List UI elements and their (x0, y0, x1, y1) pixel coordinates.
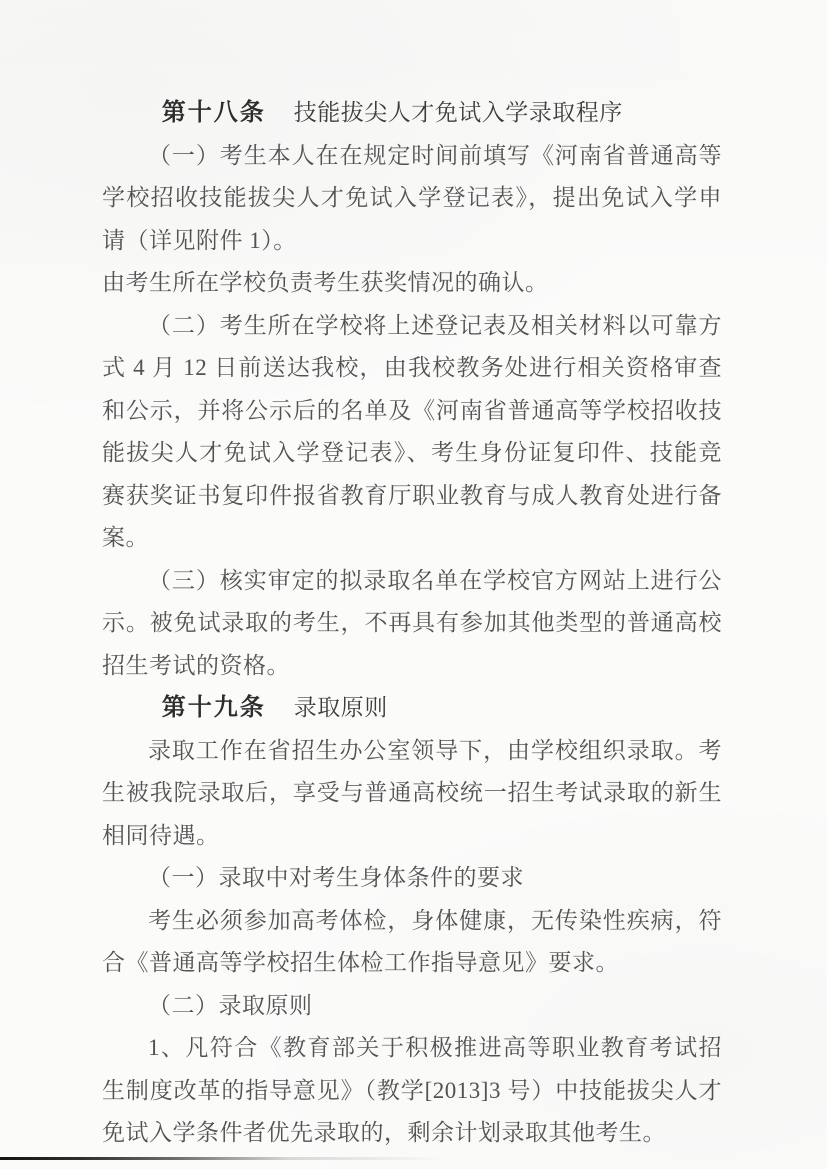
document-page: 第十八条技能拔尖人才免试入学录取程序 （一）考生本人在在规定时间前填写《河南省普… (0, 0, 827, 1169)
article-18-confirmation-note-paragraph: 由考生所在学校负责考生获奖情况的确认。 (102, 262, 722, 305)
scan-edge-artifact (0, 1157, 445, 1160)
article-18-item-2-paragraph: （二）考生所在学校将上述登记表及相关材料以可靠方式 4 月 12 日前送达我校，… (102, 305, 722, 560)
article-18-number: 第十八条 (162, 100, 266, 126)
article-18-heading: 第十八条技能拔尖人才免试入学录取程序 (102, 92, 722, 135)
article-19-section-1-heading: （一）录取中对考生身体条件的要求 (102, 857, 722, 900)
article-18-title: 技能拔尖人才免试入学录取程序 (294, 100, 623, 125)
article-19-title: 录取原则 (294, 695, 388, 720)
article-19-section-2-heading: （二）录取原则 (102, 985, 722, 1028)
article-19-intro-paragraph: 录取工作在省招生办公室领导下，由学校组织录取。考生被我院录取后，享受与普通高校统… (102, 730, 722, 858)
article-19-number: 第十九条 (162, 695, 266, 721)
document-text: 第十八条技能拔尖人才免试入学录取程序 （一）考生本人在在规定时间前填写《河南省普… (102, 92, 722, 1155)
article-19-heading: 第十九条录取原则 (102, 687, 722, 730)
article-18-item-1-paragraph: （一）考生本人在在规定时间前填写《河南省普通高等学校招收技能拔尖人才免试入学登记… (102, 135, 722, 263)
article-19-section-1-body-paragraph: 考生必须参加高考体检，身体健康，无传染性疾病，符合《普通高等学校招生体检工作指导… (102, 900, 722, 985)
article-19-section-2-item-1-paragraph: 1、凡符合《教育部关于积极推进高等职业教育考试招生制度改革的指导意见》（教学[2… (102, 1027, 722, 1155)
article-18-item-3-paragraph: （三）核实审定的拟录取名单在学校官方网站上进行公示。被免试录取的考生，不再具有参… (102, 560, 722, 688)
